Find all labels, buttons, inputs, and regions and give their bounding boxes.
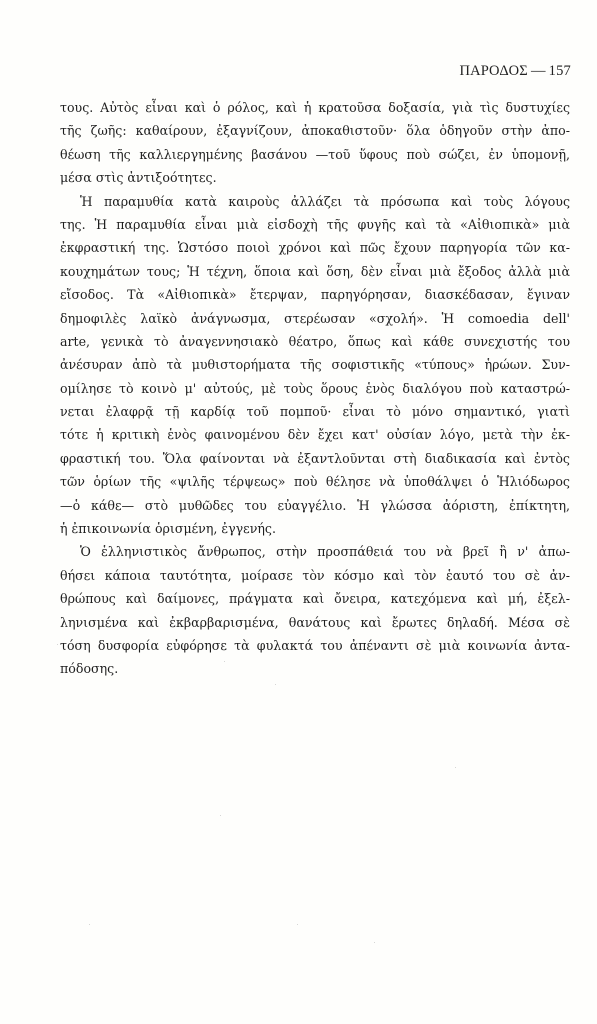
scan-speck — [455, 767, 456, 768]
text-line: τους. Αὐτὸς εἶναι καὶ ὁ ρόλος, καὶ ἡ κρα… — [60, 96, 570, 119]
text-line: ἐκφραστική της. Ὡστόσο ποιοὶ χρόνοι καὶ … — [60, 236, 570, 259]
scan-speck — [374, 942, 375, 943]
paragraph: τους. Αὐτὸς εἶναι καὶ ὁ ρόλος, καὶ ἡ κρα… — [60, 96, 570, 190]
book-page: ΠΑΡΟΔΟΣ—157 τους. Αὐτὸς εἶναι καὶ ὁ ρόλο… — [0, 0, 597, 1024]
text-line: ληνισμένα καὶ ἐκβαρβαρισμένα, θανάτους κ… — [60, 611, 570, 634]
running-head: ΠΑΡΟΔΟΣ—157 — [459, 63, 571, 80]
page-number: 157 — [549, 63, 571, 79]
text-line: τῶν ὁρίων τῆς «ψιλῆς τέρψεως» ποὺ θέλησε… — [60, 470, 570, 493]
text-line: τότε ἡ κριτικὴ ἑνὸς φαινομένου δὲν ἔχει … — [60, 423, 570, 446]
text-line: ομίλησε τὸ κοινὸ μ' αὐτούς, μὲ τοὺς ὅρου… — [60, 377, 570, 400]
text-line: θήσει κάποια ταυτότητα, μοίρασε τὸν κόσμ… — [60, 564, 570, 587]
body-text: τους. Αὐτὸς εἶναι καὶ ὁ ρόλος, καὶ ἡ κρα… — [60, 96, 570, 681]
text-line: πόδοσης. — [60, 657, 570, 680]
text-line: Ὁ ἑλληνιστικὸς ἄνθρωπος, στὴν προσπάθειά… — [60, 540, 570, 563]
text-line: τῆς ζωῆς: καθαίρουν, ἐξαγνίζουν, ἀποκαθι… — [60, 119, 570, 142]
text-line: εἴσοδος. Τὰ «Αἰθιοπικὰ» ἔτερψαν, παρηγόρ… — [60, 283, 570, 306]
text-line: μέσα στὶς ἀντιξοότητες. — [60, 166, 570, 189]
text-line: κουχημάτων τους; Ἡ τέχνη, ὅποια καὶ ὅση,… — [60, 260, 570, 283]
paragraph: Ἡ παραμυθία κατὰ καιροὺς ἀλλάζει τὰ πρόσ… — [60, 190, 570, 541]
scan-speck — [220, 815, 221, 816]
text-line: θρώπους καὶ δαίμονες, πράγματα καὶ ὄνειρ… — [60, 587, 570, 610]
text-line: arte, γενικὰ τὸ ἀναγεννησιακὸ θέατρο, ὅπ… — [60, 330, 570, 353]
text-line: φραστική του. Ὅλα φαίνονται νὰ ἐξαντλοῦν… — [60, 447, 570, 470]
text-line: της. Ἡ παραμυθία εἶναι μιὰ εἰσδοχὴ τῆς φ… — [60, 213, 570, 236]
text-line: ἡ ἐπικοινωνία ὁρισμένη, ἐγγενής. — [60, 517, 570, 540]
scan-speck — [297, 924, 298, 925]
text-line: τόση δυσφορία εὐφόρησε τὰ φυλακτά του ἀπ… — [60, 634, 570, 657]
scan-speck — [57, 644, 58, 645]
text-line: θέωση τῆς καλλιεργημένης βασάνου —τοῦ ὕφ… — [60, 143, 570, 166]
text-line: —ὁ κάθε— στὸ μυθῶδες του εὐαγγέλιο. Ἡ γλ… — [60, 494, 570, 517]
text-line: νεται ἐλαφρᾷ τῇ καρδίᾳ τοῦ πομποῦ· εἶναι… — [60, 400, 570, 423]
text-line: δημοφιλὲς λαϊκὸ ἀνάγνωσμα, στερέωσαν «σχ… — [60, 307, 570, 330]
scan-speck — [103, 643, 104, 644]
scan-speck — [224, 661, 225, 662]
text-line: Ἡ παραμυθία κατὰ καιροὺς ἀλλάζει τὰ πρόσ… — [60, 190, 570, 213]
scan-speck — [89, 924, 90, 925]
scan-speck — [275, 684, 276, 685]
text-line: ἀνέσυραν ἀπὸ τὰ μυθιστορήματα τῆς σοφιστ… — [60, 353, 570, 376]
header-separator: — — [531, 63, 546, 79]
section-title: ΠΑΡΟΔΟΣ — [459, 63, 528, 79]
paragraph: Ὁ ἑλληνιστικὸς ἄνθρωπος, στὴν προσπάθειά… — [60, 540, 570, 680]
